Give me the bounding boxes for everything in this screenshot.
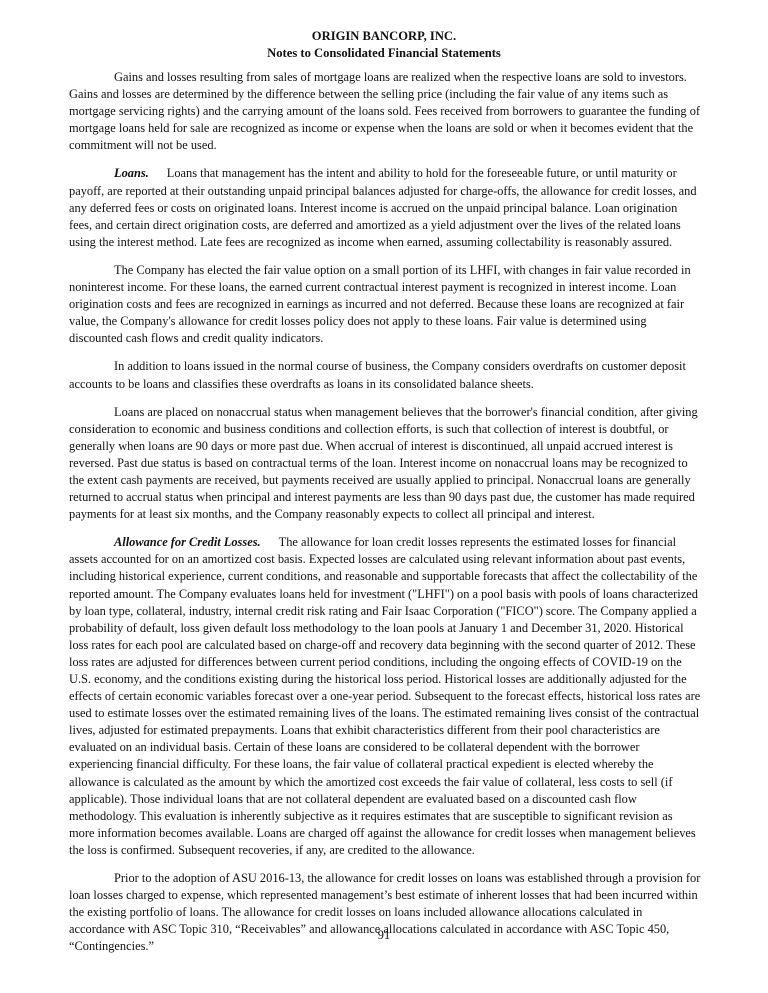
paragraph-mortgage-gains: Gains and losses resulting from sales of… [69, 69, 701, 154]
paragraph-text: In addition to loans issued in the norma… [69, 359, 686, 390]
paragraph-text: Loans are placed on nonaccrual status wh… [69, 405, 698, 522]
company-name: ORIGIN BANCORP, INC. [0, 28, 768, 45]
paragraph-text: The allowance for loan credit losses rep… [69, 535, 700, 857]
section-lead-allowance: Allowance for Credit Losses. [114, 535, 261, 549]
page-header: ORIGIN BANCORP, INC. Notes to Consolidat… [0, 28, 768, 62]
document-subtitle: Notes to Consolidated Financial Statemen… [0, 45, 768, 62]
paragraph-loans: Loans.Loans that management has the inte… [69, 165, 701, 250]
notes-body: Gains and losses resulting from sales of… [69, 69, 701, 967]
paragraph-fair-value-option: The Company has elected the fair value o… [69, 262, 701, 347]
page-number: 91 [0, 928, 768, 943]
paragraph-text: The Company has elected the fair value o… [69, 263, 691, 345]
paragraph-allowance: Allowance for Credit Losses.The allowanc… [69, 534, 701, 859]
paragraph-nonaccrual: Loans are placed on nonaccrual status wh… [69, 404, 701, 524]
paragraph-text: Loans that management has the intent and… [69, 166, 697, 248]
paragraph-overdrafts: In addition to loans issued in the norma… [69, 358, 701, 392]
paragraph-text: Gains and losses resulting from sales of… [69, 70, 700, 152]
section-lead-loans: Loans. [114, 166, 149, 180]
